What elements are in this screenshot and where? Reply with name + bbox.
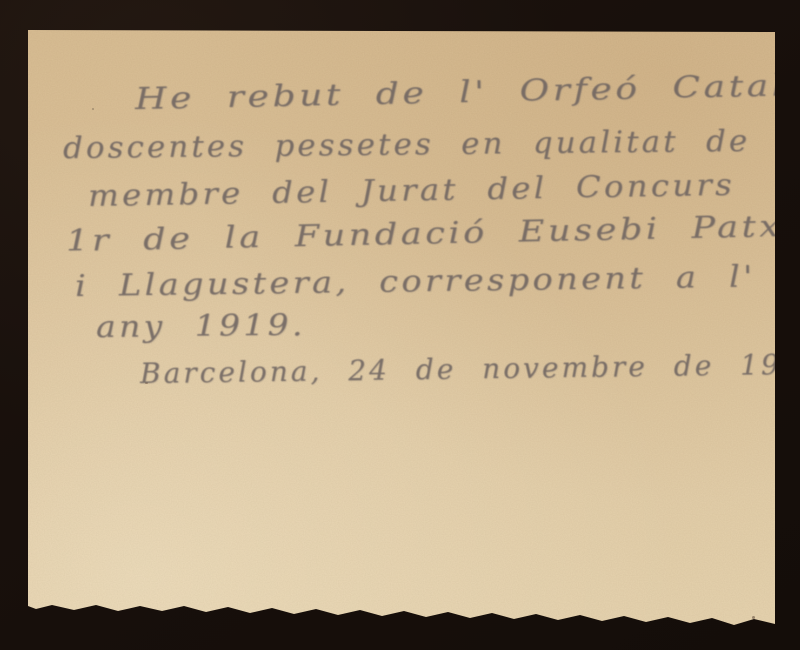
paper-fiber-speck [92, 108, 94, 110]
scan-background: He rebut de l' Orfeó Català doscentes pe… [0, 0, 800, 650]
handwriting-line-3: membre del Jurat del Concurs [88, 168, 735, 214]
handwriting-line-1: He rebut de l' Orfeó Català [135, 68, 800, 117]
handwriting-line-2: doscentes pessetes en qualitat de [63, 124, 751, 166]
receipt-paper: He rebut de l' Orfeó Català doscentes pe… [28, 30, 775, 626]
handwriting-line-6: any 1919. [96, 308, 306, 345]
handwriting-line-5: i Llagustera, corresponent a l' [75, 259, 756, 304]
handwriting-line-7: Barcelona, 24 de novembre de 1920 [140, 347, 800, 390]
paper-fiber-speck [752, 616, 755, 619]
handwriting-line-4: 1r de la Fundació Eusebi Patxot [66, 208, 800, 259]
